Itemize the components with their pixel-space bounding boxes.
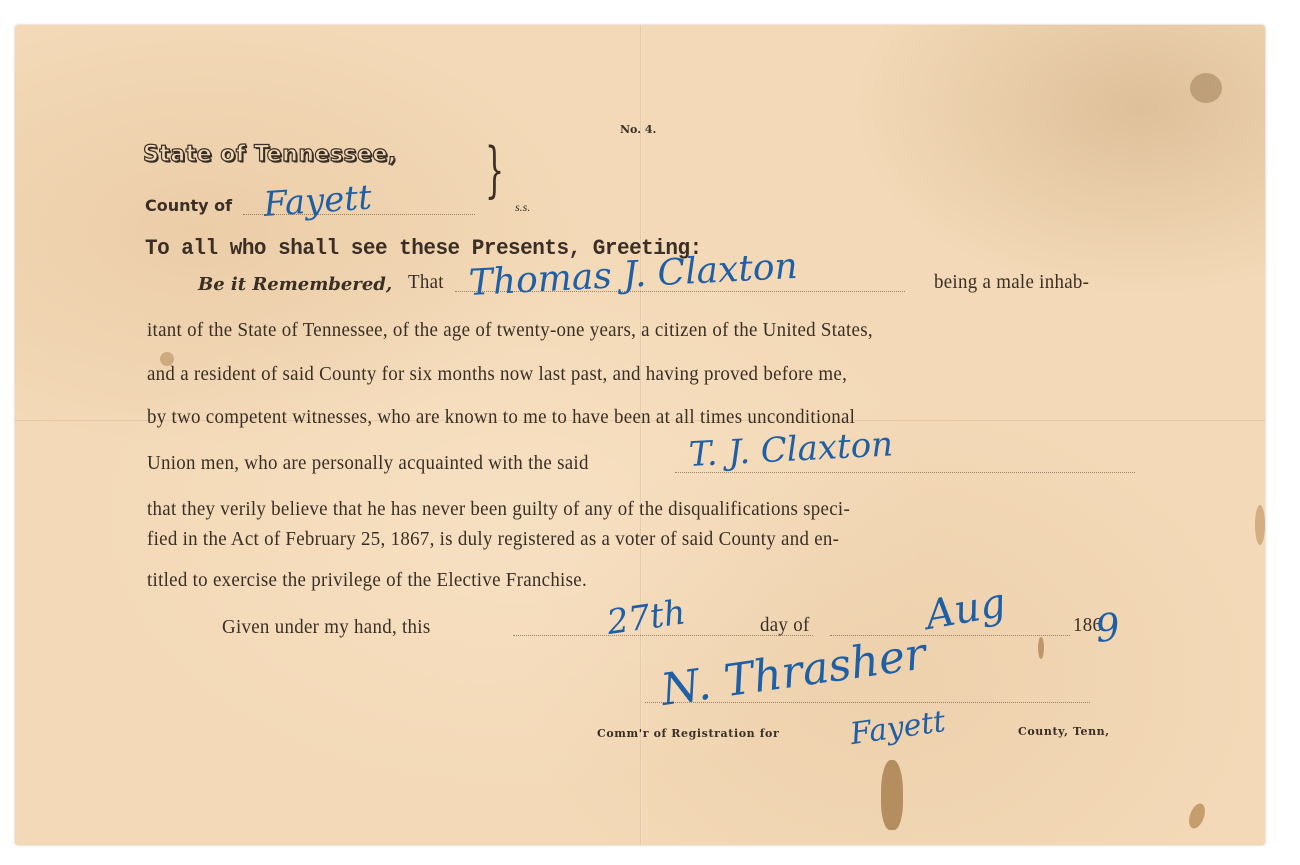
commissioner-label: Comm'r of Registration for: [597, 727, 779, 740]
signature-fill-line: [645, 702, 1090, 703]
vertical-fold-crease: [640, 25, 642, 845]
ink-stain: [881, 760, 903, 830]
year-digit-handwritten: 9: [1093, 605, 1122, 651]
be-it-remembered: Be it Remembered,: [198, 274, 392, 295]
form-number: No. 4.: [620, 123, 656, 136]
county-handwritten: Fayett: [262, 178, 373, 225]
county-label: County of: [145, 196, 232, 215]
body-line-2: itant of the State of Tennessee, of the …: [147, 320, 873, 342]
body-line-6: that they verily believe that he has nev…: [147, 499, 850, 521]
given-label: Given under my hand, this: [222, 617, 430, 639]
county-tenn-label: County, Tenn,: [1018, 725, 1110, 738]
body-line-5: Union men, who are personally acquainted…: [147, 453, 589, 475]
brace: }: [485, 135, 504, 205]
commissioner-county-handwritten: Fayett: [848, 704, 947, 752]
ink-stain: [1186, 801, 1208, 830]
body-line-1: being a male inhab-: [934, 272, 1089, 294]
body-line-7: fied in the Act of February 25, 1867, is…: [147, 529, 839, 551]
said-name-handwritten: T. J. Claxton: [688, 424, 894, 475]
body-line-3: and a resident of said County for six mo…: [147, 364, 847, 386]
that-word: That: [408, 272, 444, 294]
state-heading: State of Tennessee,: [143, 142, 397, 167]
ink-stain: [1038, 637, 1044, 659]
month-handwritten: Aug: [922, 580, 1009, 639]
ink-stain: [1255, 505, 1265, 545]
body-line-8: titled to exercise the privilege of the …: [147, 570, 587, 592]
body-line-4: by two competent witnesses, who are know…: [147, 407, 855, 429]
voter-registration-certificate: No. 4. State of Tennessee, County of Fay…: [15, 25, 1265, 845]
ss-abbreviation: s.s.: [515, 200, 530, 215]
day-of-label: day of: [760, 615, 810, 637]
ink-stain: [1190, 73, 1222, 103]
